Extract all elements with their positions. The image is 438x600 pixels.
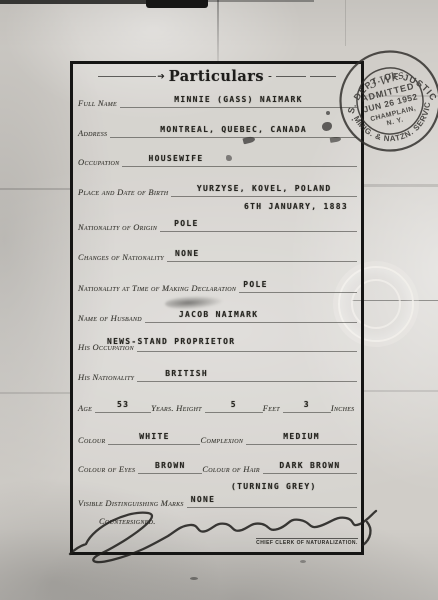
nationality-declaration-value: POLE (243, 280, 267, 289)
field-row-occupation: Occupation HOUSEWIFE (78, 153, 357, 167)
photo-speck-1 (190, 577, 198, 580)
fold-crease-vertical (217, 0, 219, 62)
age-value: 53 (117, 400, 129, 409)
age-label: Age (78, 404, 95, 414)
field-row-address: Address MONTREAL, QUEBEC, CANADA (78, 124, 357, 138)
fold-crease-vertical-2 (345, 0, 346, 46)
field-row-husband-nationality: His Nationality BRITISH (78, 368, 357, 382)
signature-stroke (70, 511, 376, 562)
field-row-eyes-hair: Colour of Eyes BROWN Colour of Hair DARK… (78, 460, 357, 474)
field-row-birth: Place and Date of Birth YURZYSE, KOVEL, … (78, 183, 357, 197)
field-row-husband-occupation: His Occupation NEWS-STAND PROPRIETOR (78, 338, 357, 352)
occupation-value: HOUSEWIFE (148, 154, 203, 163)
fold-crease-horizontal-4a (0, 392, 70, 394)
complexion-label: Complexion (200, 436, 246, 446)
fold-crease-horizontal-2b (361, 184, 438, 187)
nationality-changes-label: Changes of Nationality (78, 253, 167, 263)
title-arrow-icon: ➔ (157, 72, 165, 81)
years-height-label: Years. Height (151, 404, 205, 414)
complexion-value: MEDIUM (283, 432, 320, 441)
inches-label: Inches (331, 404, 358, 414)
full-name-label: Full Name (78, 99, 120, 109)
husband-occupation-value: NEWS-STAND PROPRIETOR (107, 337, 235, 347)
hair-value: DARK BROWN (279, 461, 340, 470)
husband-nationality-value: BRITISH (165, 369, 208, 378)
signature-flourish (363, 522, 370, 545)
husband-name-value: JACOB NAIMARK (179, 310, 259, 319)
occupation-label: Occupation (78, 158, 122, 168)
nationality-origin-label: Nationality of Origin (78, 223, 160, 233)
hair-label: Colour of Hair (202, 465, 263, 475)
field-row-colour: Colour WHITE Complexion MEDIUM (78, 431, 357, 445)
field-row-birth-date: 6TH JANUARY, 1883 (78, 200, 357, 214)
field-row-husband-name: Name of Husband JACOB NAIMARK (78, 309, 357, 323)
eyes-value: BROWN (155, 461, 186, 470)
colour-value: WHITE (139, 432, 170, 441)
birth-date-value: 6TH JANUARY, 1883 (244, 202, 348, 211)
address-label: Address (78, 129, 110, 139)
fold-crease-horizontal-4b (361, 390, 438, 392)
full-name-value: MINNIE (GASS) NAIMARK (174, 95, 302, 104)
field-row-nationality-origin: Nationality of Origin POLE (78, 218, 357, 232)
form-title-row: ➔ Particulars - (73, 67, 361, 85)
nationality-changes-value: NONE (175, 249, 199, 258)
particulars-form-box: ➔ Particulars - Full Name MINNIE (GASS) … (70, 61, 364, 555)
husband-name-label: Name of Husband (78, 314, 145, 324)
countersignature (64, 496, 380, 576)
birth-value: YURZYSE, KOVEL, POLAND (197, 184, 332, 193)
field-row-nationality-declaration: Nationality at Time of Making Declaratio… (78, 279, 357, 293)
field-row-nationality-changes: Changes of Nationality NONE (78, 248, 357, 262)
eyes-label: Colour of Eyes (78, 465, 138, 475)
title-rule-right-2 (310, 76, 336, 77)
fold-crease-horizontal-2a (0, 188, 70, 190)
field-row-full-name: Full Name MINNIE (GASS) NAIMARK (78, 94, 357, 108)
photo-edge-blob (146, 0, 208, 8)
admission-stamp: U. S. DEPT. OF JUSTICE IMMIG. & NATZN. S… (334, 44, 438, 158)
field-row-age-height: Age 53 Years. Height 5 Feet 3 Inches (78, 399, 357, 413)
form-title: Particulars (169, 68, 264, 85)
title-dash: - (268, 71, 272, 82)
colour-label: Colour (78, 436, 108, 446)
document-photo: ➔ Particulars - Full Name MINNIE (GASS) … (0, 0, 438, 600)
height-feet-value: 5 (231, 400, 237, 409)
title-rule-left (98, 76, 156, 77)
nationality-declaration-label: Nationality at Time of Making Declaratio… (78, 284, 239, 294)
nationality-origin-value: POLE (174, 219, 198, 228)
title-rule-right-1 (276, 76, 306, 77)
height-inches-value: 3 (304, 400, 310, 409)
husband-nationality-label: His Nationality (78, 373, 137, 383)
address-value: MONTREAL, QUEBEC, CANADA (160, 125, 307, 134)
photo-edge-band-faint (206, 0, 314, 2)
feet-label: Feet (263, 404, 283, 414)
